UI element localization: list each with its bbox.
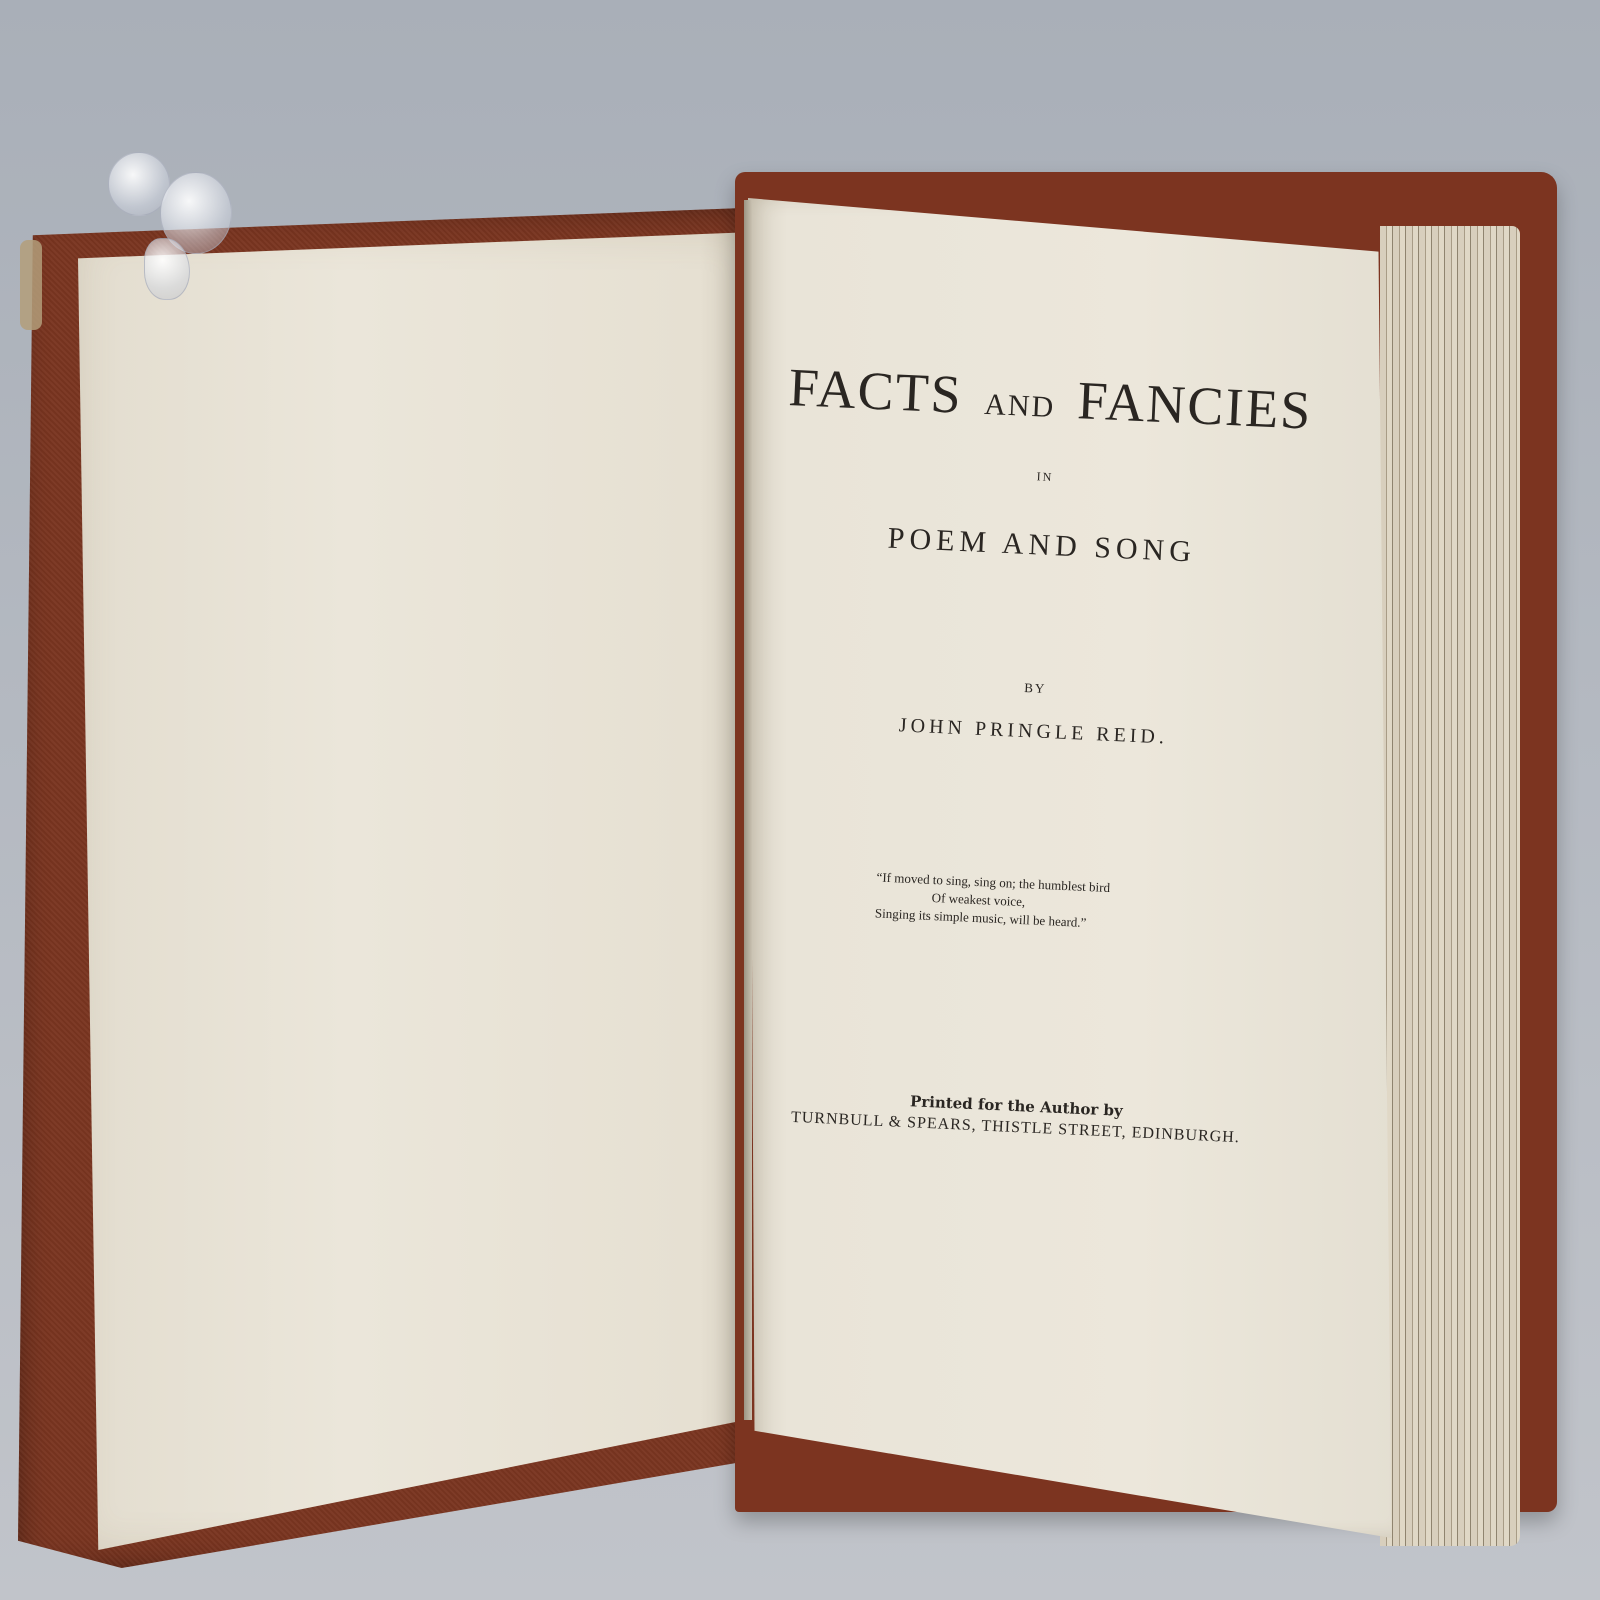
title-page-text: FACTSANDFANCIES IN POEM AND SONG BY JOHN… xyxy=(755,360,1309,1149)
title-word-1: FACTS xyxy=(787,357,964,425)
frayed-corner xyxy=(20,240,42,330)
epigraph: “If moved to sing, sing on; the humblest… xyxy=(875,868,1177,936)
book-gutter xyxy=(744,200,752,1420)
in-label: IN xyxy=(785,458,1305,497)
left-blank-page xyxy=(78,232,754,1550)
subtitle: POEM AND SONG xyxy=(781,517,1302,575)
page-fore-edges xyxy=(1380,226,1520,1546)
by-label: BY xyxy=(775,669,1295,709)
book-photo: FACTSANDFANCIES IN POEM AND SONG BY JOHN… xyxy=(0,0,1600,1600)
title-conjunction: AND xyxy=(984,388,1056,424)
plastic-page-clip-icon xyxy=(108,152,238,302)
title-word-2: FANCIES xyxy=(1076,370,1314,441)
author-name: JOHN PRINGLE REID. xyxy=(773,709,1294,756)
